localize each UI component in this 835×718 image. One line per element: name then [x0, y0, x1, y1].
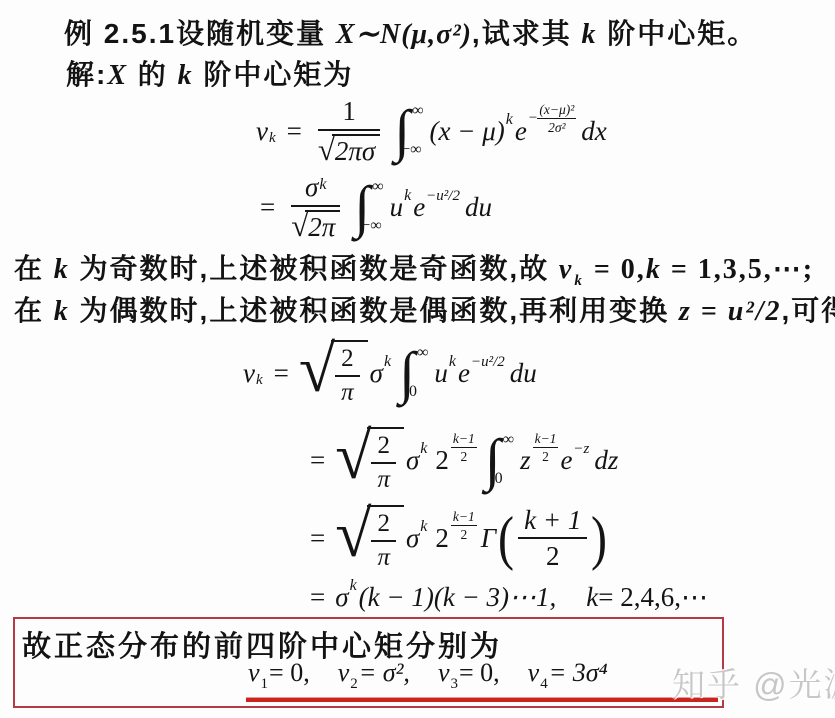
equals-sign: =: [287, 116, 302, 147]
radical: √2πσ: [318, 134, 380, 165]
e-symbol: e: [458, 358, 470, 389]
sigma-symbol: σ: [406, 445, 419, 476]
radicand: 2π: [367, 505, 404, 572]
exponent-k: k: [384, 353, 391, 371]
solution-heading: 解:X 的 k 阶中心矩为: [66, 53, 353, 93]
subscript-4: 4: [540, 676, 548, 693]
exponent-fraction: k−12: [451, 509, 477, 542]
exponent-k: k: [420, 518, 427, 536]
fraction-numerator: k + 1: [518, 506, 587, 537]
small-fraction-denominator: 2: [460, 526, 467, 542]
fraction-denominator: √2π: [291, 207, 340, 241]
subscript-k: k: [256, 372, 263, 389]
moment-1: ν1 = 0,: [248, 658, 310, 688]
integral-limits: ∞−∞: [410, 100, 423, 162]
radicand: 2π: [305, 210, 340, 241]
document-page: { "colors": { "text": "#161616", "box_bo…: [0, 0, 835, 718]
exponent-k: k: [449, 353, 456, 371]
formula-even-integral: νk = √2π σk ∫ ∞0 uk e−u²/2 du: [243, 333, 537, 413]
differential: dz: [594, 445, 618, 476]
radicand: 2πσ: [332, 134, 380, 165]
integral-upper-limit: ∞: [503, 432, 514, 448]
radical: √2π: [335, 427, 404, 494]
integral-limits: ∞0: [501, 429, 514, 491]
exponent-k: k: [506, 111, 513, 129]
radical: √2π: [291, 210, 340, 241]
integral-upper-limit: ∞: [417, 345, 428, 361]
solution-label: 解: [66, 59, 96, 90]
moment-3-value: = 0,: [459, 658, 500, 688]
radical: √2π: [299, 340, 368, 407]
odd-case-text: 在 k 为奇数时,上述被积函数是奇函数,故 νk = 0,k = 1,3,5,⋯…: [14, 247, 814, 287]
two-base: 2: [435, 523, 449, 554]
subscript-3: 3: [450, 676, 458, 693]
fraction: 2π: [371, 433, 396, 494]
subscript-k: k: [574, 273, 584, 289]
nu-symbol: ν: [243, 358, 255, 389]
exponent-fraction: −(x−μ)²2σ²: [529, 102, 576, 135]
radical-sign: √: [335, 427, 371, 488]
solution-colon: :: [96, 59, 107, 90]
solution-k-symbol: k: [178, 60, 194, 91]
equals-sign: =: [310, 523, 325, 554]
e-symbol: e: [515, 116, 527, 147]
e-exponent: −u²/2: [471, 354, 505, 371]
equals-sign: =: [260, 192, 275, 223]
nu-symbol: ν: [248, 658, 260, 688]
heading-distribution-math: X∼N(μ,σ²): [336, 19, 472, 50]
text: ,可得: [782, 295, 835, 326]
example-heading: 例 2.5.1设随机变量 X∼N(μ,σ²),试求其 k 阶中心矩。: [64, 12, 757, 52]
radical: √2π: [335, 505, 404, 572]
heading-text-mid: ,试求其: [472, 18, 582, 49]
solution-text-post: 阶中心矩为: [194, 59, 354, 90]
differential: du: [465, 192, 492, 223]
heading-text-post: 阶中心矩。: [597, 18, 757, 49]
exponent-k: k: [404, 187, 411, 205]
nu-symbol: ν: [559, 254, 573, 285]
equals-sign: =: [274, 358, 289, 389]
heading-text-pre: 设随机变量: [176, 18, 336, 49]
formula-moment-definition: νk = 1 √2πσ ∫ ∞−∞ (x − μ)k e −(x−μ)²2σ² …: [256, 92, 607, 170]
gamma-symbol: Γ: [481, 523, 496, 554]
fraction: 1 √2πσ: [318, 97, 380, 165]
fraction-denominator: √2πσ: [318, 131, 380, 165]
formula-gamma-function: = √2π σk 2 k−12 Γ ( k + 12 ): [310, 500, 609, 576]
small-fraction-numerator: (x−μ)²: [537, 102, 576, 120]
e-exponent: −z: [573, 441, 589, 458]
moment-4-value: = 3σ⁴: [549, 658, 608, 688]
integral: ∫ ∞0: [485, 429, 514, 491]
integrand: u: [434, 358, 448, 389]
integral-lower-limit: 0: [409, 384, 428, 400]
small-fraction-numerator: k−1: [533, 431, 559, 449]
fraction: 2π: [371, 511, 396, 572]
differential: dx: [581, 116, 606, 147]
nu-symbol: ν: [256, 116, 268, 147]
subscript-1: 1: [261, 676, 269, 693]
k-symbol: k: [54, 296, 70, 327]
solution-text-mid: 的: [128, 59, 178, 90]
moment-4: ν4 = 3σ⁴: [528, 658, 608, 688]
equals-sign: =: [310, 582, 325, 613]
even-case-text: 在 k 为偶数时,上述被积函数是偶函数,再利用变换 z = u²/2,可得: [14, 289, 835, 329]
exponent-k: k: [420, 440, 427, 458]
minus-sign: −: [529, 110, 537, 127]
odd-values: = 1,3,5,⋯;: [662, 254, 814, 285]
integral-lower-limit: 0: [495, 471, 514, 487]
integral-upper-limit: ∞: [372, 179, 383, 195]
integral: ∫ ∞−∞: [394, 100, 423, 162]
fraction-denominator: π: [377, 542, 390, 571]
moment-3: ν3 = 0,: [438, 658, 500, 688]
nu-symbol: ν: [338, 658, 350, 688]
watermark-text: 知乎 @光波: [672, 659, 835, 706]
conclusion-moments: ν1 = 0, ν2 = σ², ν3 = 0, ν4 = 3σ⁴: [248, 658, 608, 688]
small-fraction: (x−μ)²2σ²: [537, 102, 576, 135]
integral: ∫ ∞0: [399, 342, 428, 404]
fraction-numerator: 2: [335, 346, 360, 375]
small-fraction-numerator: k−1: [451, 509, 477, 527]
fraction-denominator: π: [341, 377, 354, 406]
k-symbol: k: [54, 254, 70, 285]
substitution-math: z = u²/2: [679, 296, 782, 327]
small-fraction-denominator: 2: [542, 448, 549, 464]
fraction: σk √2π: [291, 173, 340, 241]
formula-gamma-integral: = √2π σk 2 k−12 ∫ ∞0 z k−12 e−z dz: [310, 420, 618, 500]
radicand: 2π: [331, 340, 368, 407]
fraction-denominator: 2: [546, 539, 560, 570]
moment-2-value: = σ²,: [359, 658, 410, 688]
nu-symbol: ν: [438, 658, 450, 688]
radicand: 2π: [367, 427, 404, 494]
e-exponent: −u²/2: [426, 188, 460, 205]
exponent-k: k: [319, 177, 326, 194]
right-paren: ): [591, 514, 607, 562]
sigma-symbol: σ: [305, 173, 318, 201]
exponent-fraction: k−12: [451, 431, 477, 464]
exponent-fraction: k−12: [533, 431, 559, 464]
fraction-numerator: σk: [299, 173, 332, 204]
integrand: u: [390, 192, 404, 223]
radical-sign: √: [299, 340, 335, 401]
sigma-symbol: σ: [335, 582, 348, 613]
integral-limits: ∞0: [415, 342, 428, 404]
text: 在: [14, 253, 54, 284]
two-base: 2: [435, 445, 449, 476]
product-terms: (k − 1)(k − 3)⋯1,: [359, 582, 557, 613]
k-symbol: k: [586, 582, 598, 613]
equals-sign: =: [310, 445, 325, 476]
fraction: k + 12: [518, 506, 587, 571]
z-symbol: z: [520, 445, 531, 476]
fraction-numerator: 2: [371, 511, 396, 540]
sigma-symbol: σ: [406, 523, 419, 554]
red-underline: [246, 697, 718, 702]
fraction: 2π: [335, 346, 360, 407]
integral-lower-limit: −∞: [401, 142, 423, 158]
sigma-symbol: σ: [370, 358, 383, 389]
fraction-numerator: 2: [371, 433, 396, 462]
left-paren: (: [498, 514, 514, 562]
small-fraction: k−12: [451, 509, 477, 542]
text: 为偶数时,上述被积函数是偶函数,再利用变换: [70, 295, 679, 326]
integral-limits: ∞−∞: [370, 176, 383, 238]
radical-sign: √: [335, 505, 371, 566]
formula-final-result: = σk (k − 1)(k − 3)⋯1, k = 2,4,6,⋯: [310, 577, 708, 617]
small-fraction-denominator: 2σ²: [548, 119, 565, 135]
heading-k-symbol: k: [581, 19, 597, 50]
even-values: = 2,4,6,⋯: [598, 582, 708, 613]
solution-X-symbol: X: [107, 60, 128, 91]
example-label: 例 2.5.1: [64, 18, 176, 49]
formula-substituted: = σk √2π ∫ ∞−∞ uk e−u²/2 du: [260, 168, 492, 246]
subscript-2: 2: [350, 676, 358, 693]
small-fraction-denominator: 2: [460, 448, 467, 464]
small-fraction-numerator: k−1: [451, 431, 477, 449]
integral-upper-limit: ∞: [412, 103, 423, 119]
e-symbol: e: [413, 192, 425, 223]
integral: ∫ ∞−∞: [354, 176, 383, 238]
subscript-k: k: [269, 130, 276, 147]
text: 在: [14, 295, 54, 326]
differential: du: [510, 358, 537, 389]
moment-1-value: = 0,: [269, 658, 310, 688]
fraction-denominator: π: [377, 464, 390, 493]
integrand: (x − μ): [430, 116, 505, 147]
equals-zero: = 0,: [585, 254, 646, 285]
exponent-k: k: [350, 577, 357, 595]
text: 为奇数时,上述被积函数是奇函数,故: [70, 253, 559, 284]
small-fraction: k−12: [451, 431, 477, 464]
nu-symbol: ν: [528, 658, 540, 688]
moment-2: ν2 = σ²,: [338, 658, 410, 688]
e-symbol: e: [560, 445, 572, 476]
small-fraction: k−12: [533, 431, 559, 464]
integral-lower-limit: −∞: [361, 218, 383, 234]
fraction-numerator: 1: [336, 97, 362, 128]
k-symbol: k: [646, 254, 662, 285]
